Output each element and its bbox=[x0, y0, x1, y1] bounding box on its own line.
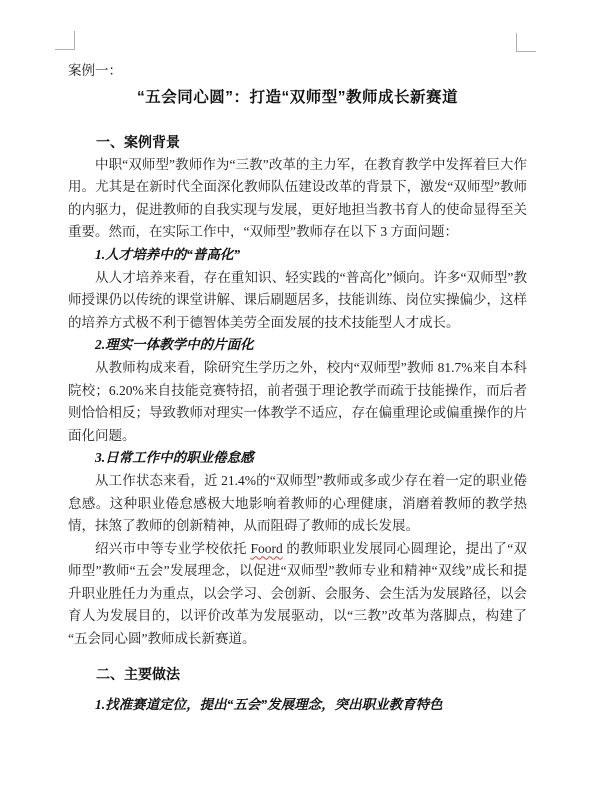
issue-2-paragraph: 从教师构成来看，除研究生学历之外，校内“双师型”教师 81.7%来自本科院校；6… bbox=[68, 357, 527, 447]
margin-crop-mark-top-right-icon bbox=[516, 33, 536, 52]
section-2-heading: 二、主要做法 bbox=[68, 663, 527, 686]
issue-3-paragraph: 从工作状态来看，近 21.4%的“双师型”教师或多或少存在着一定的职业倦怠感。这… bbox=[68, 470, 527, 538]
case-label: 案例一： bbox=[68, 60, 527, 83]
issue-2-heading: 2.理实一体教学中的片面化 bbox=[68, 334, 527, 357]
section-1-heading: 一、案例背景 bbox=[68, 131, 527, 154]
conclusion-text-pre: 绍兴市中等专业学校依托 bbox=[95, 541, 250, 556]
issue-1-paragraph: 从人才培养来看，存在重知识、轻实践的“普高化”倾向。许多“双师型”教师授课仍以传… bbox=[68, 267, 527, 335]
conclusion-text-post: 的教师职业发展同心圆理论，提出了“双师型”教师“五会”发展理念，以促进“双师型”… bbox=[68, 541, 527, 646]
margin-crop-mark-top-left-icon bbox=[55, 31, 75, 50]
method-1-heading: 1.找准赛道定位，提出“五会”发展理念，突出职业教育特色 bbox=[68, 694, 527, 717]
document-page: 案例一： “五会同心圆”：打造“双师型”教师成长新赛道 一、案例背景 中职“双师… bbox=[0, 0, 594, 792]
misspelled-word: Foord bbox=[250, 541, 282, 556]
issue-1-heading: 1.人才培养中的“普高化” bbox=[68, 244, 527, 267]
conclusion-paragraph: 绍兴市中等专业学校依托 Foord 的教师职业发展同心圆理论，提出了“双师型”教… bbox=[68, 538, 527, 651]
document-content: 案例一： “五会同心圆”：打造“双师型”教师成长新赛道 一、案例背景 中职“双师… bbox=[68, 60, 527, 716]
document-title: “五会同心圆”：打造“双师型”教师成长新赛道 bbox=[68, 86, 527, 110]
section-1-intro-paragraph: 中职“双师型”教师作为“三教”改革的主力军，在教育教学中发挥着巨大作用。尤其是在… bbox=[68, 154, 527, 244]
issue-3-heading: 3.日常工作中的职业倦怠感 bbox=[68, 447, 527, 470]
